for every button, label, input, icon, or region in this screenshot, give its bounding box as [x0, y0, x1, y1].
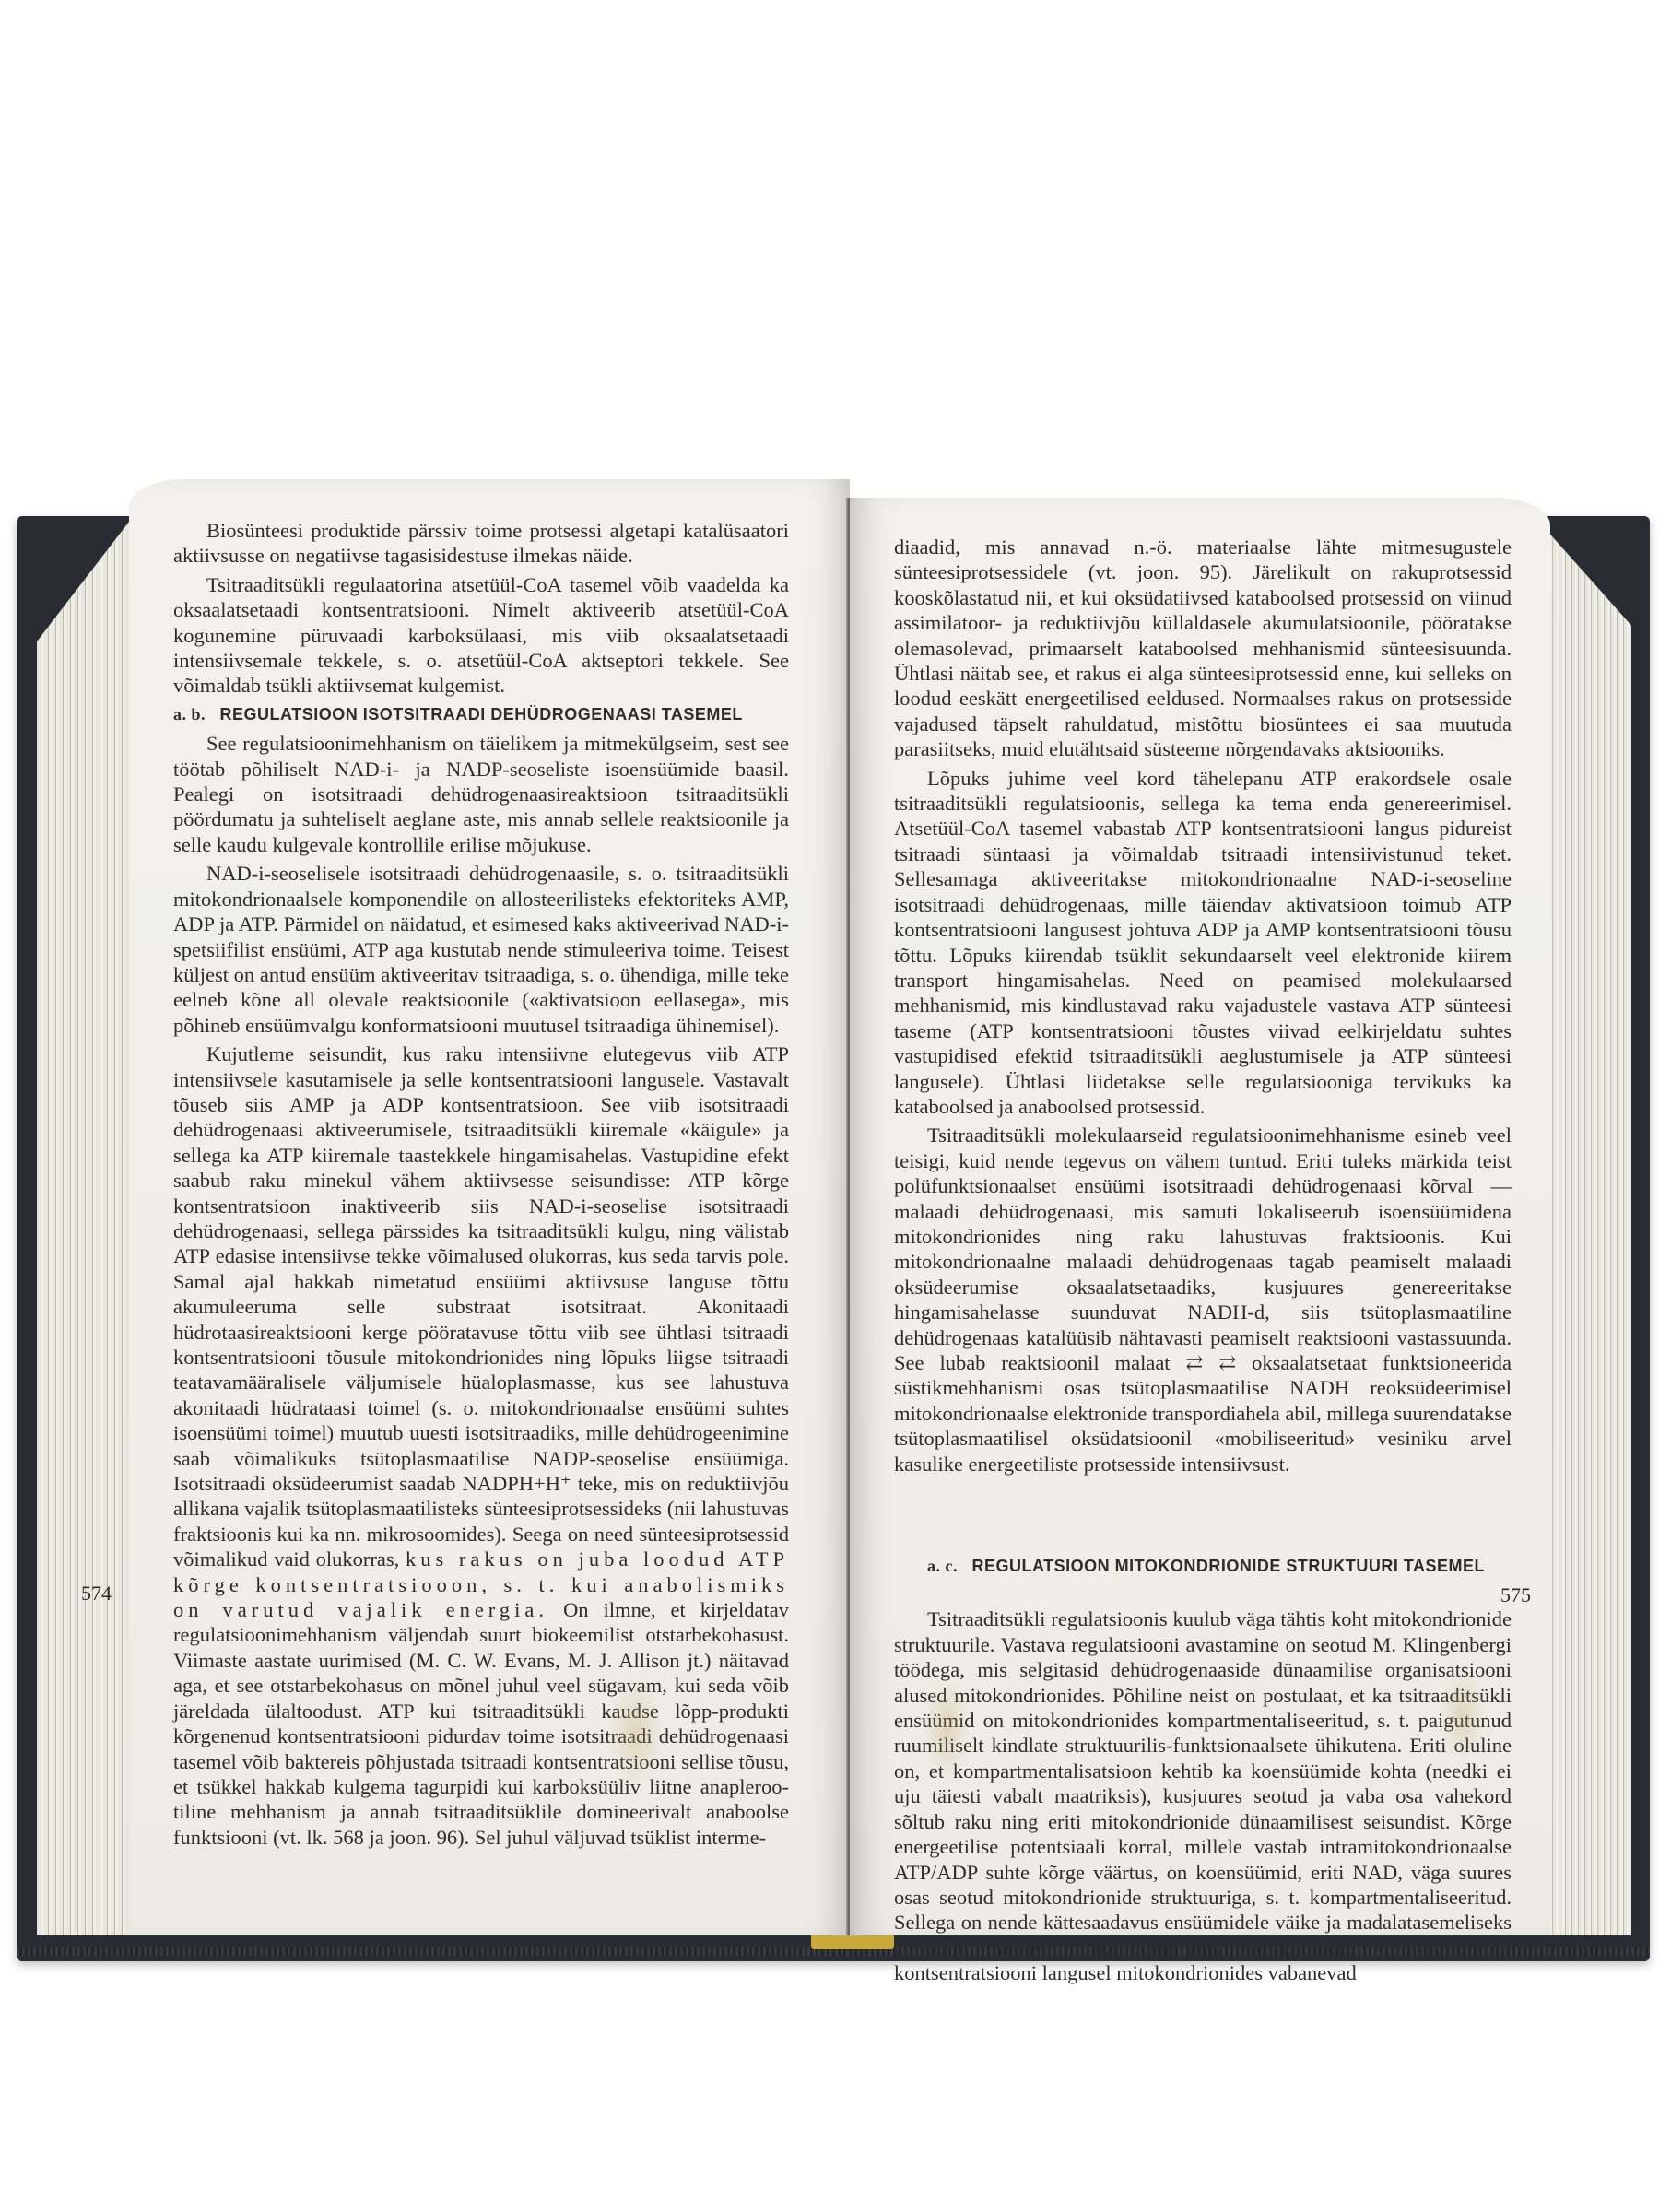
left-page: Biosünteesi produktide pärssiv toime pro…: [129, 479, 850, 1935]
paragraph-body: Kujutleme seisundit, kus raku intensiivn…: [173, 1042, 789, 1571]
section-number: a. b.: [173, 705, 206, 724]
paragraph: NAD-i-seoselisele isotsitraadi dehüdroge…: [173, 861, 789, 1038]
paragraph: Kujutleme seisundit, kus raku intensiivn…: [173, 1041, 789, 1850]
section-title: REGULATSIOON ISOTSITRAADI DEHÜDROGENAASI…: [220, 705, 743, 724]
paragraph: diaadid, mis annavad n.-ö. materiaalse l…: [894, 535, 1512, 762]
section-heading: a. b. REGULATSIOON ISOTSITRAADI DEHÜDROG…: [173, 702, 789, 727]
page-number-right: 575: [1500, 1583, 1531, 1607]
section-number: a. c.: [927, 1557, 958, 1575]
paragraph: Tsitraaditsükli molekulaarseid regulatsi…: [894, 1123, 1512, 1477]
paragraph: See regulatsioonimehhanism on täielikem …: [173, 731, 789, 857]
section-heading: a. c. REGULATSIOON MITOKONDRIONIDE STRUK…: [927, 1554, 1512, 1579]
paragraph: Tsitraaditsükli regulatsioonis kuulub vä…: [894, 1606, 1512, 1985]
paper-stain: [924, 1677, 970, 1779]
right-page: diaadid, mis annavad n.-ö. materiaalse l…: [850, 498, 1550, 1935]
paper-stain: [608, 1677, 664, 1788]
paragraph: Biosünteesi produktide pärssiv toime pro…: [173, 518, 789, 569]
paper-stain: [1440, 1668, 1486, 1760]
paragraph: Lõpuks juhime veel kord tähelepanu ATP e…: [894, 766, 1512, 1120]
right-page-text: diaadid, mis annavad n.-ö. materiaalse l…: [894, 535, 1512, 1986]
section-title: REGULATSIOON MITOKONDRIONIDE STRUKTUURI …: [972, 1557, 1486, 1575]
page-number-left: 574: [81, 1582, 112, 1606]
paragraph-tail: On ilmne, et kirjeldatav regulatsioonime…: [173, 1598, 789, 1849]
left-page-text: Biosünteesi produktide pärssiv toime pro…: [173, 518, 789, 1850]
paragraph: Tsitraaditsükli regulaatorina atsetüül-C…: [173, 572, 789, 699]
